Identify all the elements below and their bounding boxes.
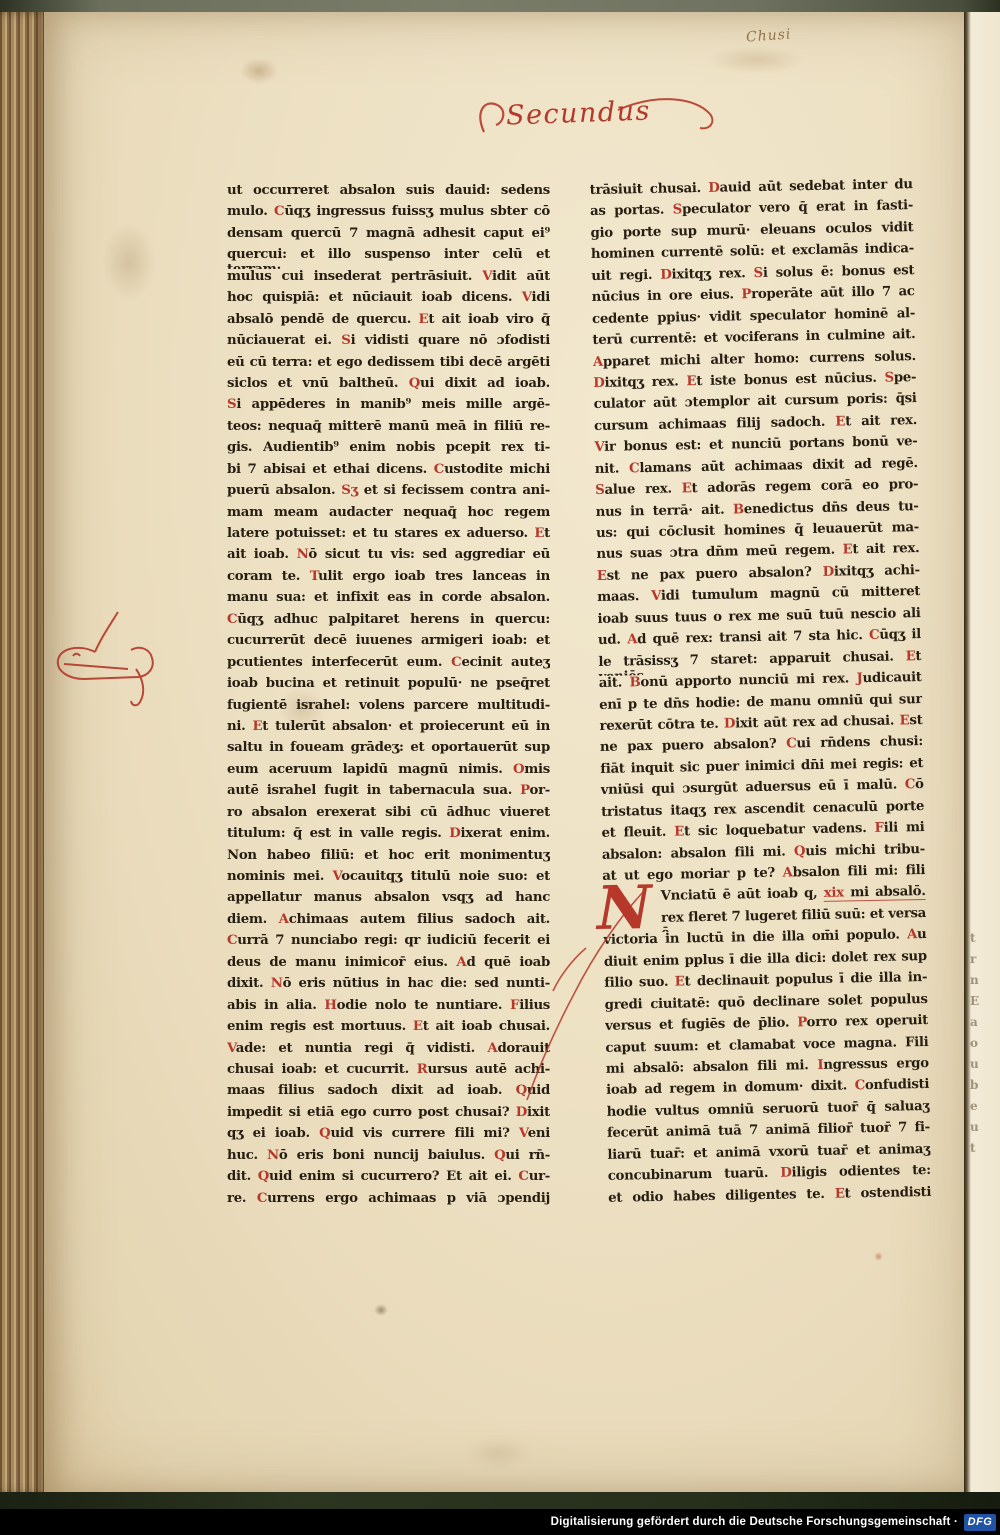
credit-text: Digitalisierung gefördert durch die Deut… xyxy=(551,1516,958,1528)
text-line: mulo. Cūqʒ ingressus fuissʒ mulus sbter … xyxy=(227,204,550,225)
text-line: impedit si etiā ego curro post chusai? D… xyxy=(227,1105,550,1126)
scan-background-bottom xyxy=(0,1492,1000,1510)
stain xyxy=(464,1436,534,1470)
text-line: Non habeo filiū: et hoc erit monimentuʒ xyxy=(227,848,550,869)
text-line: titulum: q̄ est in valle regis. Dixerat … xyxy=(227,826,550,847)
text-line: nominis mei. Vocauitqʒ titulū noie suo: … xyxy=(227,869,550,890)
text-line: teos: nequaq̄ mitterē manū meā in filiū … xyxy=(227,419,550,440)
text-line: ro absalon erexerat sibi cū ādhuc viuere… xyxy=(227,805,550,826)
text-line: fugientē israhel: volens parcere multitu… xyxy=(227,698,550,719)
text-line: pcutientes interfecerūt eum. Cecinit aut… xyxy=(227,655,550,676)
text-line: chusai ioab: et cucurrit. Rursus autē ac… xyxy=(227,1062,550,1083)
text-line: re. Currens ergo achimaas p viā ɔpendij xyxy=(227,1191,550,1212)
book-page-edges xyxy=(0,12,48,1494)
text-line: ni. Et tulerūt absalon· et proiecerunt e… xyxy=(227,719,550,740)
page-heading: Secundus xyxy=(466,94,722,146)
text-line: manu sua: et infixit eas in corde absalo… xyxy=(227,590,550,611)
text-line: absalō pendē de quercu. Et ait ioab viro… xyxy=(227,312,550,333)
text-line: dit. Quid enim si cucurrero? Et ait ei. … xyxy=(227,1169,550,1190)
stain xyxy=(374,1304,388,1316)
text-line: huc. Nō eris boni nuncij baiulus. Qui rn… xyxy=(227,1148,550,1169)
text-line: Si appēderes in manib⁹ meis mille argē- xyxy=(227,397,550,418)
text-line: bi 7 abisai et ethai dicens. Custodite m… xyxy=(227,462,550,483)
text-line: latere potuisset: et tu stares ex aduers… xyxy=(227,526,550,547)
stain xyxy=(874,1252,883,1261)
text-column-right: N trāsiuit chusai. Dauid aūt sedebat int… xyxy=(590,177,932,1212)
text-line: ait ioab. Nō sicut tu vis: sed aggrediar… xyxy=(227,547,550,568)
text-line: quercui: et illo suspenso inter celū et … xyxy=(227,247,550,268)
text-line: qʒ ei ioab. Quid vis currere fili mi? Ve… xyxy=(227,1126,550,1147)
text-line: dixit. Nō eris nūtius in hac die: sed nu… xyxy=(227,976,550,997)
stain xyxy=(102,222,156,302)
text-line: Currā 7 nunciabo regi: qr iudiciū feceri… xyxy=(227,933,550,954)
text-line: densam quercū 7 magnā adhesit caput ei⁹ xyxy=(227,226,550,247)
text-line: Cūqʒ adhuc palpitaret herens in quercu: xyxy=(227,612,550,633)
text-line: maas filius sadoch dixit ad ioab. Quid xyxy=(227,1083,550,1104)
corner-annotation: Chusi xyxy=(745,26,791,45)
stain xyxy=(240,58,278,84)
text-line: coram te. Tulit ergo ioab tres lanceas i… xyxy=(227,569,550,590)
text-line: ioab bucina et retinuit populū· ne pseq̄… xyxy=(227,676,550,697)
text-line: deus de manu inimicor̄ eius. Ad quē ioab xyxy=(227,955,550,976)
chapter-initial: N xyxy=(596,880,652,937)
text-line: abis in alia. Hodie nolo te nuntiare. Fi… xyxy=(227,998,550,1019)
page-heading-text: Secundus xyxy=(506,95,652,131)
text-line: mulus cui insederat pertrāsiuit. Vidit a… xyxy=(227,269,550,290)
text-line: appellatur manus absalon vsqʒ ad hanc xyxy=(227,890,550,911)
text-line: Vade: et nuntia regi q̄ vidisti. Adoraui… xyxy=(227,1041,550,1062)
text-line: ut occurreret absalon suis dauid: sedens xyxy=(227,183,550,204)
text-line: puerū absalon. Sʒ et si fecissem contra … xyxy=(227,483,550,504)
text-line: mam meam audacter nequaq̄ hoc regem xyxy=(227,505,550,526)
dfg-logo: DFG xyxy=(964,1514,996,1531)
text-line: cucurrerūt decē iuuenes armigeri ioab: e… xyxy=(227,633,550,654)
digitization-credit-bar: Digitalisierung gefördert durch die Deut… xyxy=(0,1509,1000,1535)
next-page-edge xyxy=(964,12,1000,1494)
text-line: hoc quispiā: et nūciauit ioab dicens. Vi… xyxy=(227,290,550,311)
manuscript-scan: trnEaoubeut Chusi Secundus ut occurreret… xyxy=(0,0,1000,1535)
stain xyxy=(708,46,804,74)
text-line: gis. Audientib⁹ enim nobis pcepit rex ti… xyxy=(227,440,550,461)
text-line: diem. Achimaas autem filius sadoch ait. xyxy=(227,912,550,933)
text-line: eum aceruum lapidū magnū nimis. Omis xyxy=(227,762,550,783)
text-line: autē israhel fugit in tabernacula sua. P… xyxy=(227,783,550,804)
text-line: enim regis est mortuus. Et ait ioab chus… xyxy=(227,1019,550,1040)
text-line: eū cū terra: et ego dedissem tibi decē a… xyxy=(227,355,550,376)
text-line: siclos et vnū baltheū. Qui dixit ad ioab… xyxy=(227,376,550,397)
bleedthrough-text: trnEaoubeut xyxy=(970,928,996,1159)
text-line: nūciauerat ei. Si vidisti quare nō ɔfodi… xyxy=(227,333,550,354)
text-line: saltu in foueam grādeʒ: et oportauerūt s… xyxy=(227,740,550,761)
text-column-left: ut occurreret absalon suis dauid: sedens… xyxy=(227,183,550,1212)
